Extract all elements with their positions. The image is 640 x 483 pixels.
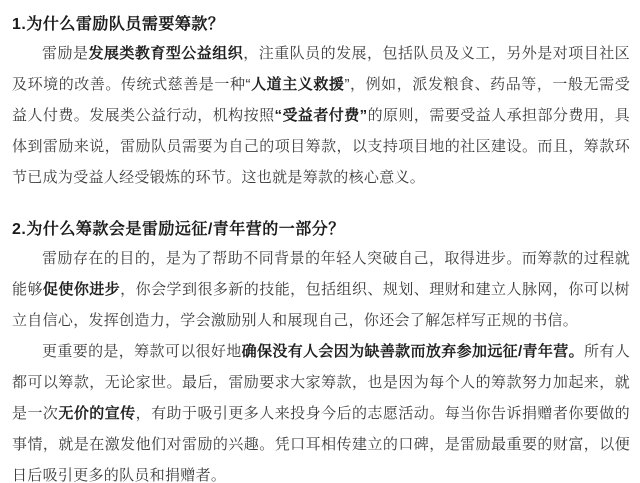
emphasis-text: 无价的宣传: [58, 405, 135, 422]
body-text: 雷励是: [42, 45, 88, 62]
document-page: 1.为什么雷励队员需要筹款？ 雷励是发展类教育型公益组织，注重队员的发展，包括队…: [0, 0, 640, 483]
emphasis-text: “受益者付费”: [275, 107, 368, 124]
section-2-heading: 2.为什么筹款会是雷励远征/青年营的一部分？: [12, 219, 630, 241]
emphasis-text: 促使你进步: [43, 281, 120, 298]
section-why-part-of-expedition: 2.为什么筹款会是雷励远征/青年营的一部分？ 雷励存在的目的，是为了帮助不同背景…: [12, 219, 630, 483]
emphasis-text: 确保没有人会因为缺善款而放弃参加远征/青年营。: [242, 343, 584, 360]
section-1-heading: 1.为什么雷励队员需要筹款？: [12, 14, 630, 36]
section-why-fundraise: 1.为什么雷励队员需要筹款？ 雷励是发展类教育型公益组织，注重队员的发展，包括队…: [12, 14, 630, 193]
section-2-paragraph-1: 雷励存在的目的，是为了帮助不同背景的年轻人突破自己，取得进步。而筹款的过程就能够…: [12, 243, 630, 336]
body-text: 更重要的是，筹款可以很好地: [42, 343, 242, 360]
section-2-paragraph-2: 更重要的是，筹款可以很好地确保没有人会因为缺善款而放弃参加远征/青年营。所有人都…: [12, 336, 630, 483]
emphasis-text: 发展类教育型公益组织: [88, 45, 243, 62]
section-1-paragraph-1: 雷励是发展类教育型公益组织，注重队员的发展，包括队员及义工，另外是对项目社区及环…: [12, 38, 630, 193]
emphasis-text: 人道主义救援: [251, 76, 345, 93]
